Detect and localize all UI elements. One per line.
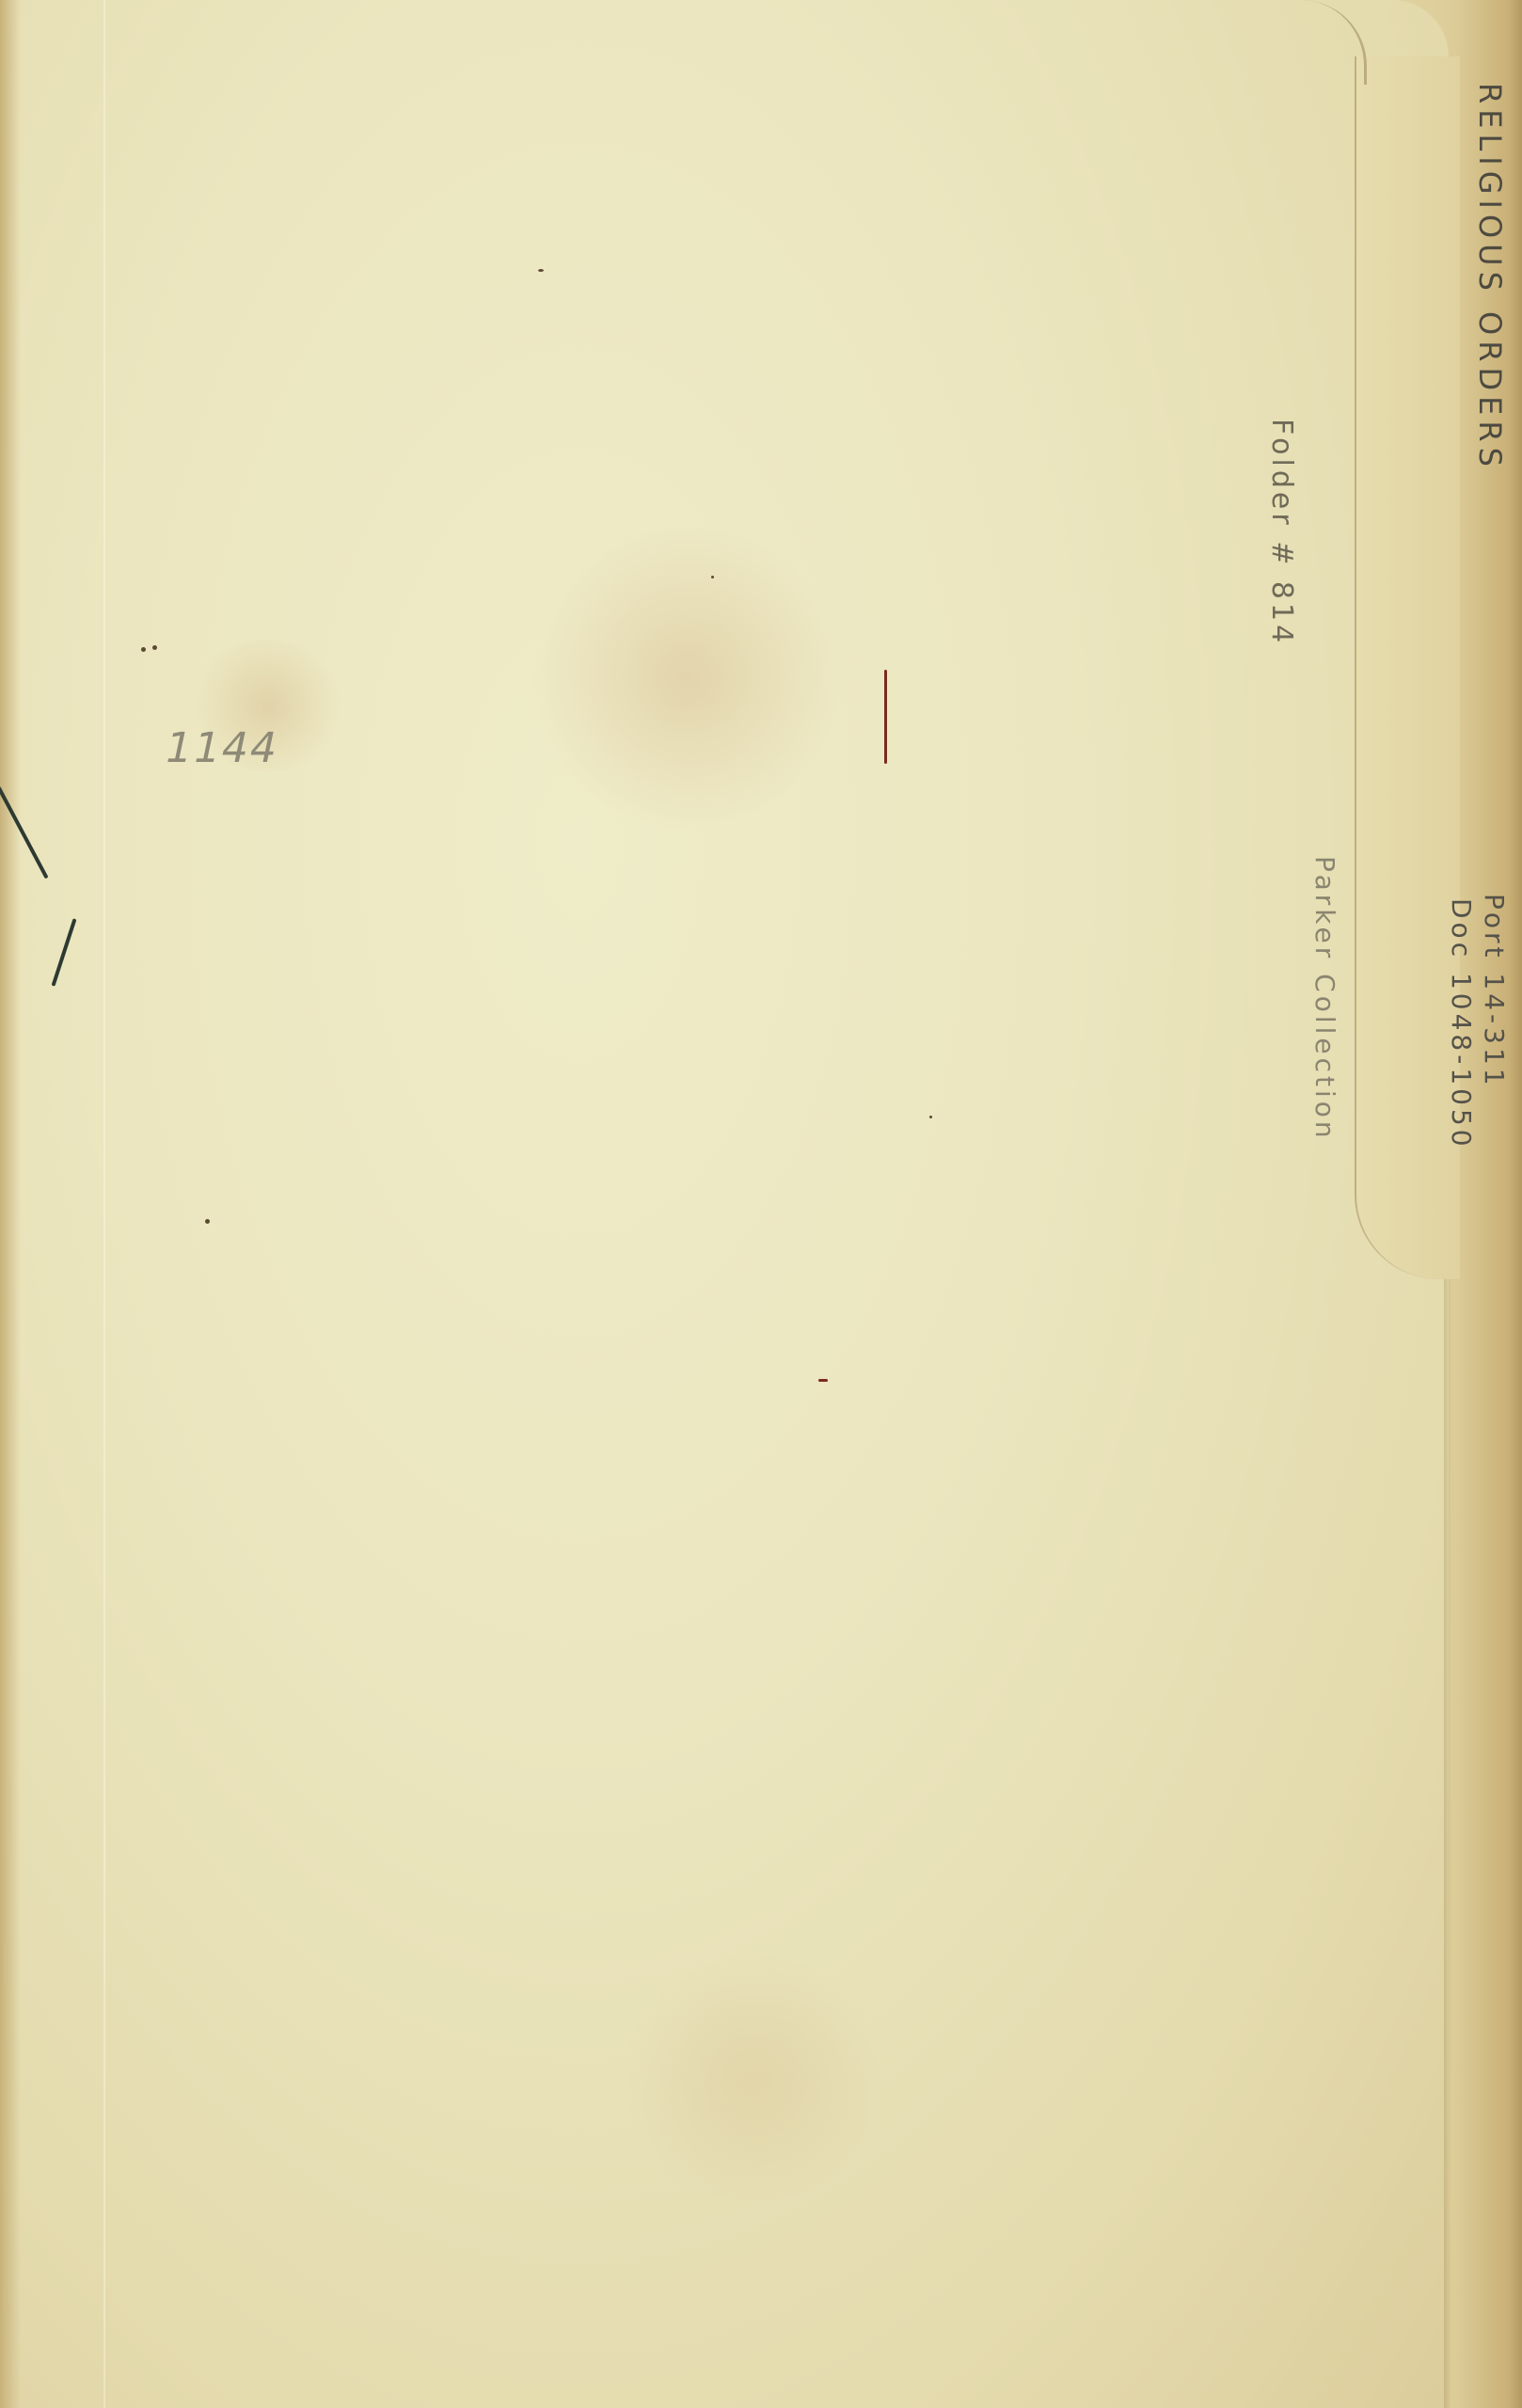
red-ink-mark <box>884 670 887 764</box>
ink-speck <box>141 647 146 652</box>
margin-number: 1144 <box>161 724 284 772</box>
foxing-stain <box>611 1956 894 2201</box>
left-edge-shadow <box>0 0 21 2408</box>
red-ink-speck <box>818 1379 828 1382</box>
ink-speck <box>538 269 544 272</box>
folder-scan: RELIGIOUS ORDERS Folder # 814 Parker Col… <box>0 0 1522 2408</box>
ink-speck <box>152 645 157 650</box>
fold-crease <box>103 0 105 2408</box>
ink-speck <box>929 1116 932 1118</box>
ink-speck <box>711 576 714 578</box>
foxing-stain <box>527 527 847 828</box>
ink-speck <box>205 1219 210 1224</box>
collection-name: Parker Collection <box>1309 856 1340 1142</box>
document-range: Doc 1048-1050 <box>1445 898 1477 1150</box>
tab-label: RELIGIOUS ORDERS <box>1472 83 1508 472</box>
folder-number: Folder # 814 <box>1265 419 1298 646</box>
cover-edge-shadow <box>1444 1279 1451 2408</box>
portfolio-reference: Port 14-311 <box>1478 894 1510 1089</box>
